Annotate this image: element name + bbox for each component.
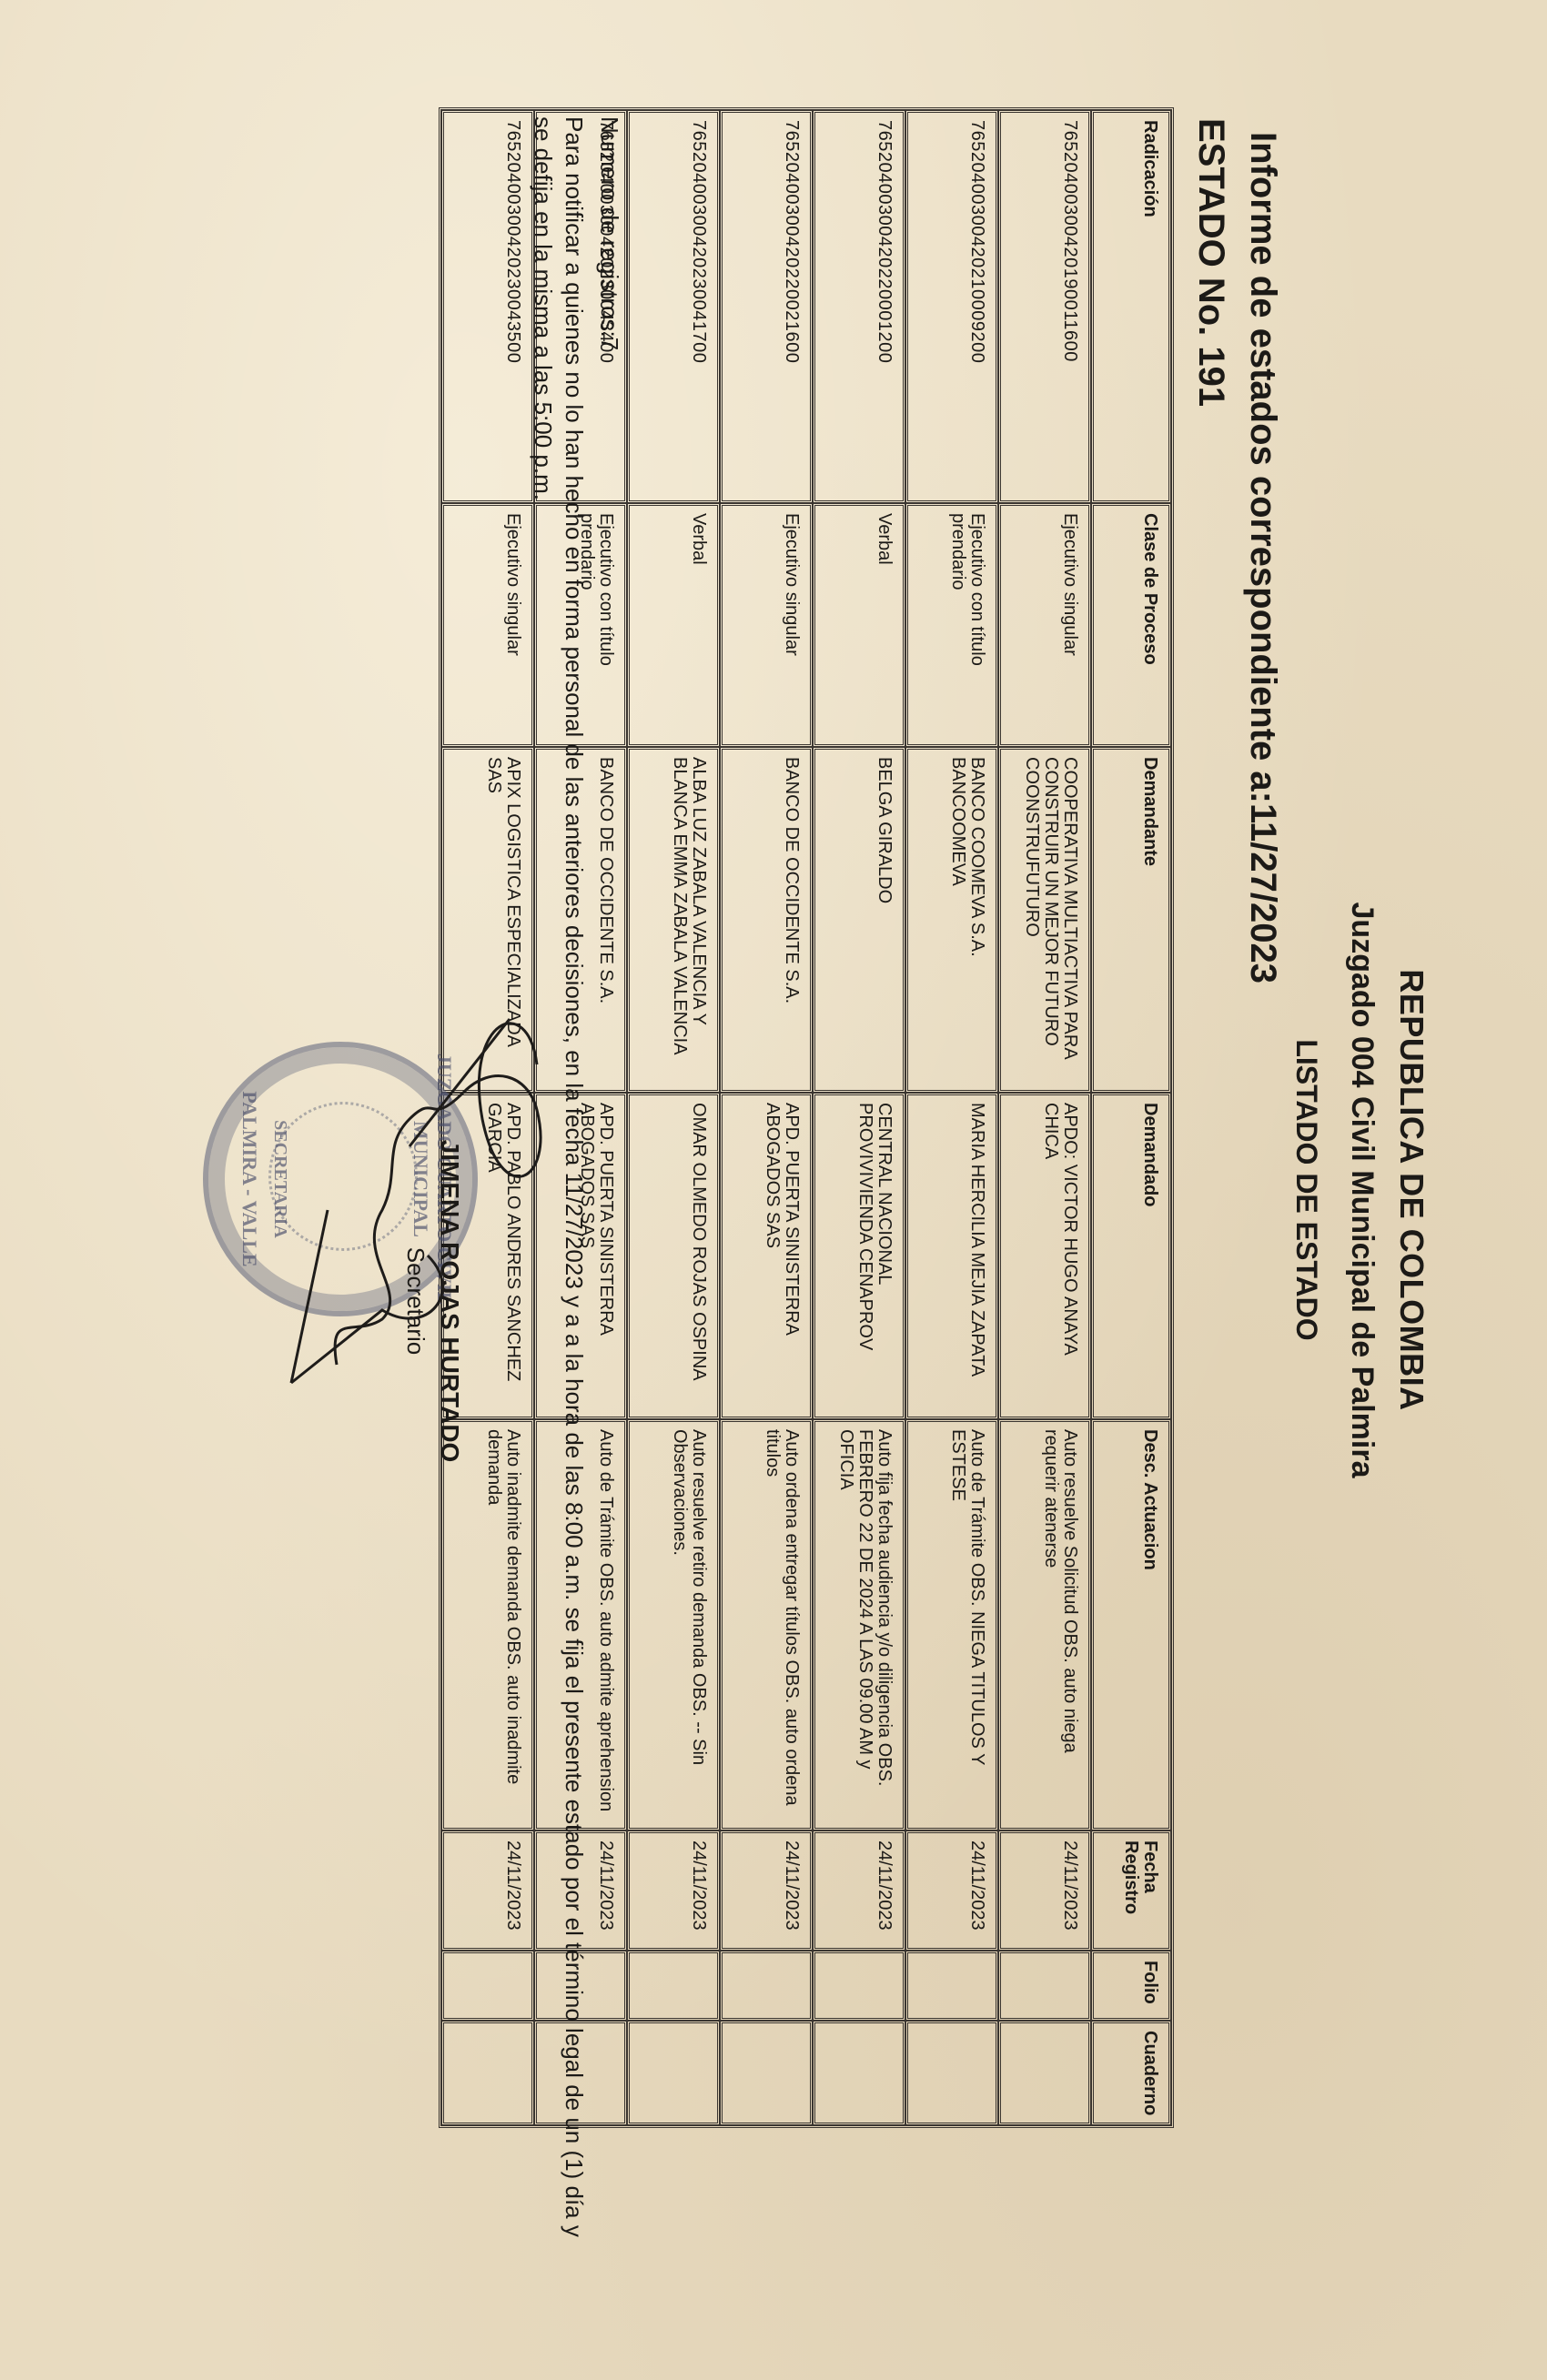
cell-fecha-registro: 24/11/2023	[905, 1830, 998, 1951]
court-heading: Juzgado 004 Civil Municipal de Palmira	[1344, 0, 1380, 2380]
cell-demandante: BELGA GIRALDO	[813, 747, 905, 1093]
cell-radicacion: 76520400300420220001200	[813, 110, 905, 503]
cell-cuaderno	[998, 2021, 1091, 2125]
country-heading: REPUBLICA DE COLOMBIA	[1392, 0, 1431, 2380]
cell-folio	[905, 1951, 998, 2021]
col-clase-proceso: Clase de Proceso	[1091, 503, 1171, 747]
col-desc-actuacion: Desc. Actuacion	[1091, 1419, 1171, 1830]
cell-folio	[998, 1951, 1091, 2021]
col-fecha-registro: Fecha Registro	[1091, 1830, 1171, 1951]
col-demandado: Demandado	[1091, 1093, 1171, 1419]
col-radicacion: Radicación	[1091, 110, 1171, 503]
table-row: 76520400300420230041700VerbalALBA LUZ ZA…	[627, 110, 720, 2125]
cell-desc-actuacion: Auto resuelve retiro demanda OBS. -- Sin…	[627, 1419, 720, 1830]
cell-demandado: APD. PUERTA SINISTERRA ABOGADOS SAS	[720, 1093, 813, 1419]
cell-radicacion: 76520400300420230041700	[627, 110, 720, 503]
cell-folio	[441, 1951, 534, 2021]
cell-clase-proceso: Ejecutivo singular	[720, 503, 813, 747]
rotated-document: REPUBLICA DE COLOMBIA Juzgado 004 Civil …	[0, 0, 1547, 2380]
cell-demandado: APDO: VICTOR HUGO ANAYA CHICA	[998, 1093, 1091, 1419]
table-row: 76520400300420210009200Ejecutivo con tít…	[905, 110, 998, 2125]
cell-desc-actuacion: Auto ordena entregar títulos OBS. auto o…	[720, 1419, 813, 1830]
cell-radicacion: 76520400300420230043500	[441, 110, 534, 503]
cell-radicacion: 76520400300420190011600	[998, 110, 1091, 503]
table-header-row: Radicación Clase de Proceso Demandante D…	[1091, 110, 1171, 2125]
cell-clase-proceso: Verbal	[627, 503, 720, 747]
col-demandante: Demandante	[1091, 747, 1171, 1093]
cell-demandante: BANCO COOMEVA S.A. BANCOOMEVA	[905, 747, 998, 1093]
report-title: Informe de estados correspondiente a:11/…	[1242, 132, 1283, 983]
cell-cuaderno	[441, 2021, 534, 2125]
cell-cuaderno	[813, 2021, 905, 2125]
table-row: 76520400300420220021600Ejecutivo singula…	[720, 110, 813, 2125]
cell-clase-proceso: Verbal	[813, 503, 905, 747]
table-row: 76520400300420190011600Ejecutivo singula…	[998, 110, 1091, 2125]
cell-fecha-registro: 24/11/2023	[998, 1830, 1091, 1951]
table-row: 76520400300420220001200VerbalBELGA GIRAL…	[813, 110, 905, 2125]
cell-fecha-registro: 24/11/2023	[813, 1830, 905, 1951]
cell-fecha-registro: 24/11/2023	[627, 1830, 720, 1951]
col-folio: Folio	[1091, 1951, 1171, 2021]
cell-clase-proceso: Ejecutivo singular	[998, 503, 1091, 747]
cell-fecha-registro: 24/11/2023	[441, 1830, 534, 1951]
cell-radicacion: 76520400300420220021600	[720, 110, 813, 503]
cell-demandante: COOPERATIVA MULTIACTIVA PARA CONSTRUIR U…	[998, 747, 1091, 1093]
cell-demandado: MARIA HERCILIA MEJIA ZAPATA	[905, 1093, 998, 1419]
cell-desc-actuacion: Auto fija fecha audiencia y/o diligencia…	[813, 1419, 905, 1830]
cell-cuaderno	[720, 2021, 813, 2125]
cell-demandante: BANCO DE OCCIDENTE S.A.	[720, 747, 813, 1093]
cell-fecha-registro: 24/11/2023	[720, 1830, 813, 1951]
cell-demandado: CENTRAL NACIONAL PROVIVIVIENDA CENAPROV	[813, 1093, 905, 1419]
col-cuaderno: Cuaderno	[1091, 2021, 1171, 2125]
cell-clase-proceso: Ejecutivo con título prendario	[905, 503, 998, 747]
cell-radicacion: 76520400300420210009200	[905, 110, 998, 503]
cell-desc-actuacion: Auto resuelve Solicitud OBS. auto niega …	[998, 1419, 1091, 1830]
cell-desc-actuacion: Auto de Trámite OBS. NIEGA TITULOS Y EST…	[905, 1419, 998, 1830]
cell-cuaderno	[627, 2021, 720, 2125]
cell-demandante: ALBA LUZ ZABALA VALENCIA Y BLANCA EMMA Z…	[627, 747, 720, 1093]
cell-folio	[813, 1951, 905, 2021]
cell-cuaderno	[905, 2021, 998, 2125]
cell-demandado: OMAR OLMEDO ROJAS OSPINA	[627, 1093, 720, 1419]
listing-heading: LISTADO DE ESTADO	[1289, 0, 1323, 2380]
cell-folio	[627, 1951, 720, 2021]
record-count: Numero de registros:7	[595, 116, 623, 350]
cell-clase-proceso: Ejecutivo singular	[441, 503, 534, 747]
estado-number: ESTADO No. 191	[1190, 118, 1231, 407]
handwritten-signature-icon	[218, 910, 564, 1456]
cell-folio	[720, 1951, 813, 2021]
